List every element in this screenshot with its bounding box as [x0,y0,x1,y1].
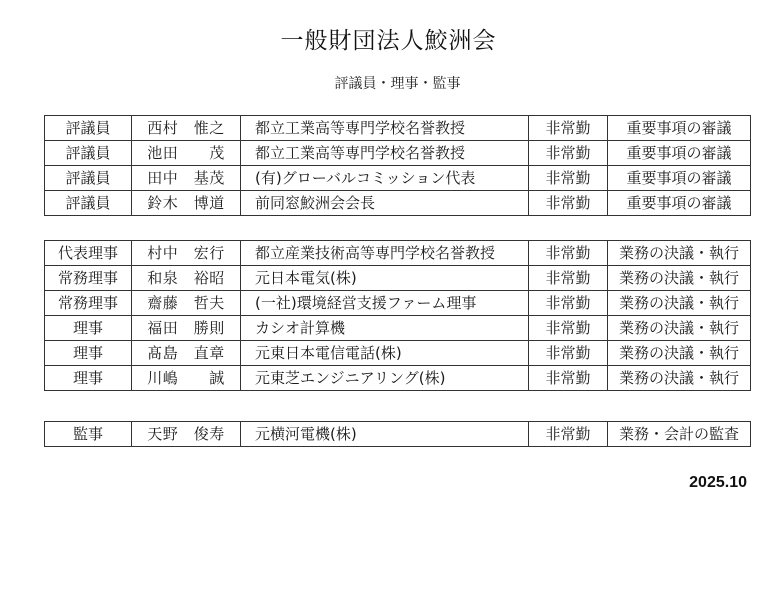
affiliation-cell: (一社)環境経営支援ファーム理事 [241,291,529,316]
role-cell: 理事 [45,366,132,391]
affiliation-cell: 元横河電機(株) [241,422,529,447]
duty-cell: 重要事項の審議 [608,141,751,166]
table-row: 理事 髙島 直章 元東日本電信電話(株) 非常勤 業務の決議・執行 [45,341,751,366]
role-cell: 理事 [45,316,132,341]
duty-cell: 重要事項の審議 [608,116,751,141]
role-cell: 代表理事 [45,241,132,266]
name-cell: 田中 基茂 [132,166,241,191]
role-cell: 理事 [45,341,132,366]
employment-type-cell: 非常勤 [529,166,608,191]
directors-table: 代表理事 村中 宏行 都立産業技術高等専門学校名誉教授 非常勤 業務の決議・執行… [44,240,751,391]
table-row: 評議員 池田 茂 都立工業高等専門学校名誉教授 非常勤 重要事項の審議 [45,141,751,166]
affiliation-cell: 都立産業技術高等専門学校名誉教授 [241,241,529,266]
role-cell: 常務理事 [45,266,132,291]
name-cell: 天野 俊寿 [132,422,241,447]
table-row: 常務理事 齋藤 哲夫 (一社)環境経営支援ファーム理事 非常勤 業務の決議・執行 [45,291,751,316]
duty-cell: 業務の決議・執行 [608,316,751,341]
table-row: 理事 福田 勝則 カシオ計算機 非常勤 業務の決議・執行 [45,316,751,341]
employment-type-cell: 非常勤 [529,291,608,316]
name-cell: 髙島 直章 [132,341,241,366]
name-cell: 池田 茂 [132,141,241,166]
duty-cell: 重要事項の審議 [608,191,751,216]
duty-cell: 業務の決議・執行 [608,266,751,291]
duty-cell: 業務の決議・執行 [608,366,751,391]
employment-type-cell: 非常勤 [529,316,608,341]
table-row: 理事 川嶋 誠 元東芝エンジニアリング(株) 非常勤 業務の決議・執行 [45,366,751,391]
duty-cell: 重要事項の審議 [608,166,751,191]
affiliation-cell: 元東芝エンジニアリング(株) [241,366,529,391]
document-date: 2025.10 [689,474,747,492]
duty-cell: 業務の決議・執行 [608,341,751,366]
affiliation-cell: カシオ計算機 [241,316,529,341]
table-row: 監事 天野 俊寿 元横河電機(株) 非常勤 業務・会計の監査 [45,422,751,447]
employment-type-cell: 非常勤 [529,266,608,291]
affiliation-cell: 前同窓鮫洲会会長 [241,191,529,216]
councilors-table: 評議員 西村 惟之 都立工業高等専門学校名誉教授 非常勤 重要事項の審議 評議員… [44,115,751,216]
duty-cell: 業務の決議・執行 [608,291,751,316]
employment-type-cell: 非常勤 [529,191,608,216]
employment-type-cell: 非常勤 [529,341,608,366]
duty-cell: 業務・会計の監査 [608,422,751,447]
table-row: 評議員 鈴木 博道 前同窓鮫洲会会長 非常勤 重要事項の審議 [45,191,751,216]
document-subtitle: 評議員・理事・監事 [0,73,777,93]
affiliation-cell: (有)グローバルコミッション代表 [241,166,529,191]
name-cell: 齋藤 哲夫 [132,291,241,316]
role-cell: 評議員 [45,116,132,141]
name-cell: 鈴木 博道 [132,191,241,216]
table-row: 常務理事 和泉 裕昭 元日本電気(株) 非常勤 業務の決議・執行 [45,266,751,291]
name-cell: 福田 勝則 [132,316,241,341]
affiliation-cell: 元日本電気(株) [241,266,529,291]
role-cell: 評議員 [45,166,132,191]
affiliation-cell: 都立工業高等専門学校名誉教授 [241,141,529,166]
employment-type-cell: 非常勤 [529,141,608,166]
name-cell: 西村 惟之 [132,116,241,141]
affiliation-cell: 都立工業高等専門学校名誉教授 [241,116,529,141]
auditors-table: 監事 天野 俊寿 元横河電機(株) 非常勤 業務・会計の監査 [44,421,751,447]
duty-cell: 業務の決議・執行 [608,241,751,266]
affiliation-cell: 元東日本電信電話(株) [241,341,529,366]
role-cell: 評議員 [45,191,132,216]
role-cell: 常務理事 [45,291,132,316]
name-cell: 村中 宏行 [132,241,241,266]
document-title: 一般財団法人鮫洲会 [0,22,777,55]
employment-type-cell: 非常勤 [529,366,608,391]
table-row: 評議員 田中 基茂 (有)グローバルコミッション代表 非常勤 重要事項の審議 [45,166,751,191]
name-cell: 和泉 裕昭 [132,266,241,291]
employment-type-cell: 非常勤 [529,422,608,447]
table-row: 代表理事 村中 宏行 都立産業技術高等専門学校名誉教授 非常勤 業務の決議・執行 [45,241,751,266]
table-row: 評議員 西村 惟之 都立工業高等専門学校名誉教授 非常勤 重要事項の審議 [45,116,751,141]
employment-type-cell: 非常勤 [529,116,608,141]
name-cell: 川嶋 誠 [132,366,241,391]
employment-type-cell: 非常勤 [529,241,608,266]
role-cell: 評議員 [45,141,132,166]
role-cell: 監事 [45,422,132,447]
